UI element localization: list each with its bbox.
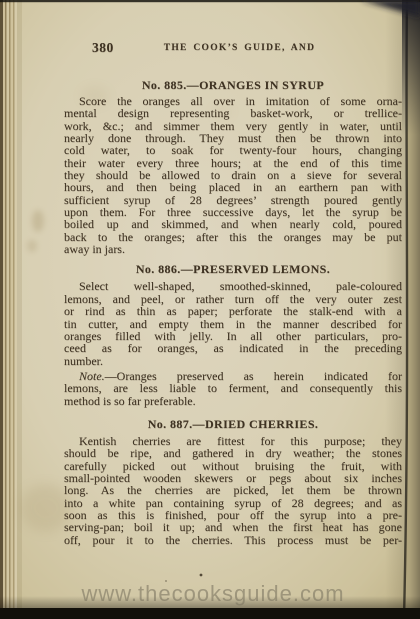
page-header: 380 THE COOK’S GUIDE, AND <box>64 40 402 54</box>
watermark: www.thecooksguide.com <box>24 581 402 607</box>
paragraph: Score the oranges all over in imitation … <box>64 95 402 255</box>
book-page-photo: 380 THE COOK’S GUIDE, AND No. 885.—ORANG… <box>0 0 420 619</box>
section-dried-cherries: No. 887.—DRIED CHERRIES. Kentish cherrie… <box>64 417 402 546</box>
section-heading: No. 886.—PRESERVED LEMONS. <box>64 262 402 276</box>
section-heading: No. 887.—DRIED CHERRIES. <box>64 417 402 431</box>
note-rest-lines: lemons, are less liable to ferment, and … <box>64 382 402 407</box>
section-oranges-in-syrup: No. 885.—ORANGES IN SYRUP Score the oran… <box>64 78 402 255</box>
paragraph: Select well-shaped, smoothed-skinned, pa… <box>64 280 402 366</box>
section-preserved-lemons: No. 886.—PRESERVED LEMONS. Select well-s… <box>64 262 402 406</box>
paragraph: Kentish cherries are fittest for this pu… <box>64 435 402 546</box>
section-heading: No. 885.—ORANGES IN SYRUP <box>64 78 402 92</box>
note-paragraph: Note.—Oranges preserved as herein indica… <box>64 370 402 407</box>
running-title: THE COOK’S GUIDE, AND <box>77 43 402 53</box>
page-content: 380 THE COOK’S GUIDE, AND No. 885.—ORANG… <box>64 40 402 546</box>
book-spine-edge <box>0 0 22 619</box>
